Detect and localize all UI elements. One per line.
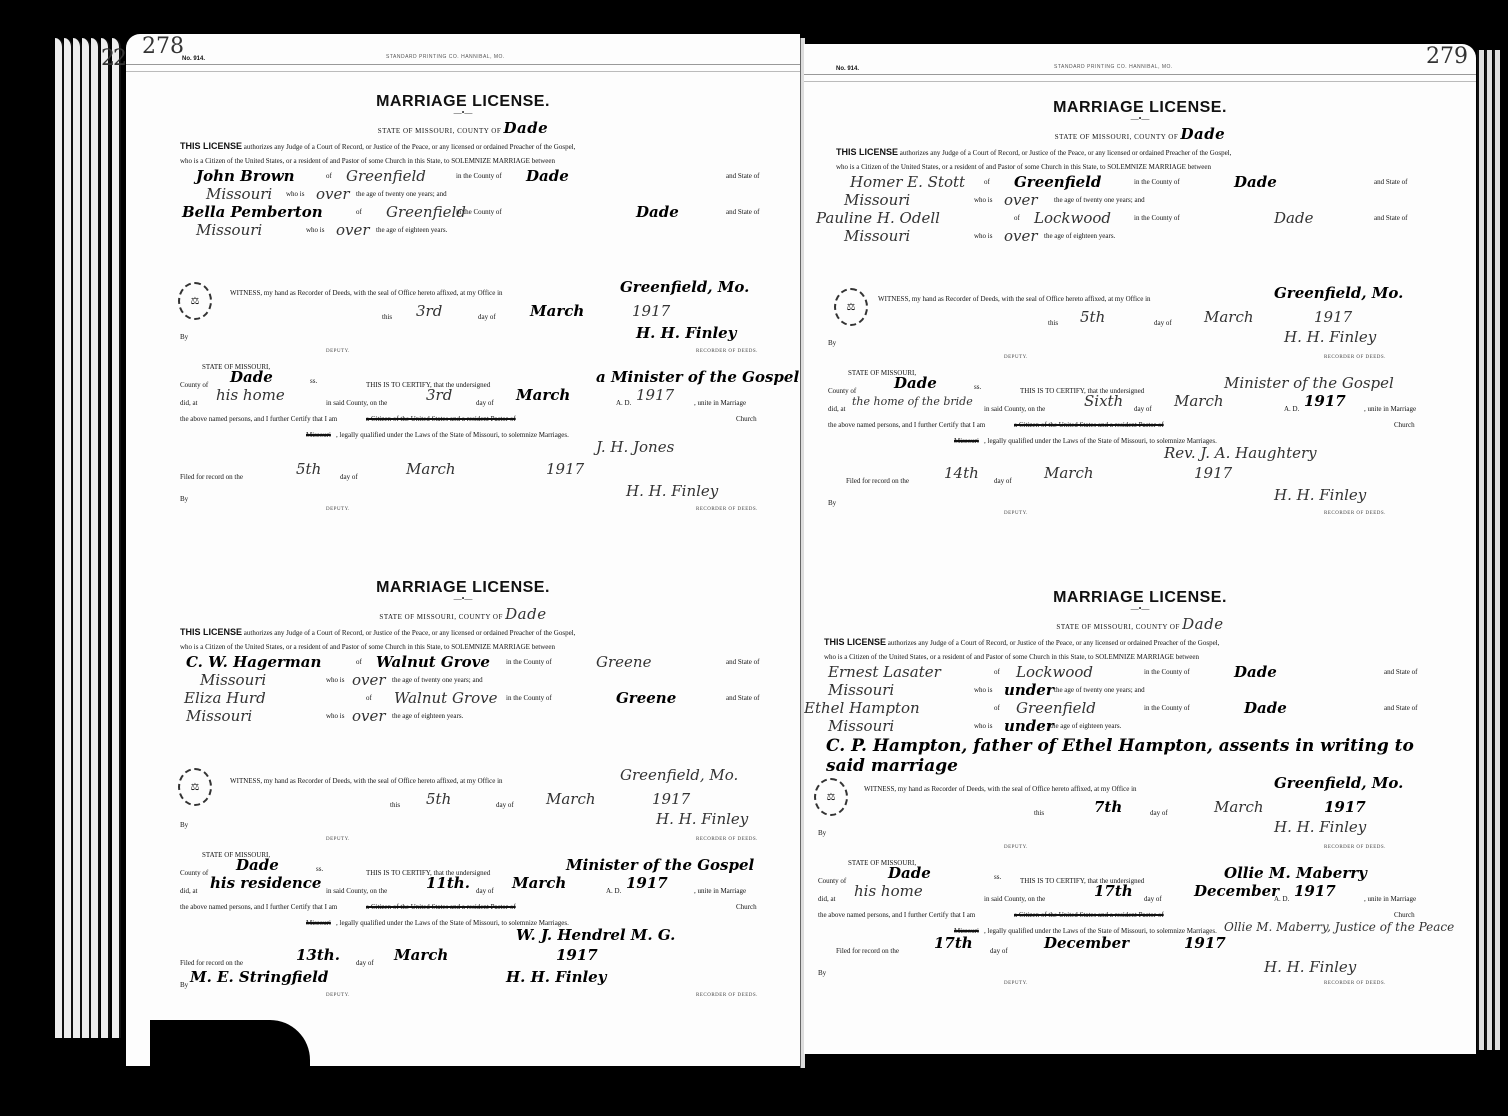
officiant-signature: Ollie M. Maberry, Justice of the Peace: [1224, 920, 1454, 935]
page-stack-left: 2 2: [55, 38, 125, 1038]
groom-state: Missouri: [828, 683, 894, 698]
marriage-license-record: MARRIAGE LICENSE. —•— STATE OF MISSOURI,…: [126, 94, 800, 512]
ceremony-day: 17th: [1094, 884, 1133, 899]
filed-day: 13th.: [296, 948, 340, 963]
filed-recorder-signature: H. H. Finley: [626, 484, 718, 499]
groom-county: Dade: [526, 169, 569, 184]
county-name: Dade: [1182, 615, 1223, 633]
bride-age-status: over: [336, 223, 370, 238]
certificate-block: STATE OF MISSOURI, County of Dade ss. TH…: [126, 844, 800, 928]
bride-residence: Walnut Grove: [394, 691, 498, 706]
witness-block: ⚖ WITNESS, my hand as Recorder of Deeds,…: [804, 780, 1476, 840]
bride-row: Ethel Hampton of Greenfield in the Count…: [804, 700, 1476, 718]
ceremony-place: his residence: [210, 876, 321, 891]
ceremony-day: 3rd: [426, 388, 452, 403]
witness-month: March: [1214, 800, 1264, 815]
filed-day: 5th: [296, 462, 321, 477]
ornament: —•—: [126, 109, 800, 117]
bride-row: Bella Pemberton of Greenfield in the Cou…: [126, 204, 800, 222]
filed-recorder-signature: H. H. Finley: [1274, 488, 1366, 503]
witness-year: 1917: [1324, 800, 1366, 815]
witness-day: 3rd: [416, 304, 442, 319]
officiant-title: Minister of the Gospel: [1224, 376, 1394, 391]
page-leaf: [64, 38, 73, 1038]
ceremony-year: 1917: [636, 388, 674, 403]
groom-county: Dade: [1234, 175, 1277, 190]
bride-county: Dade: [636, 205, 679, 220]
bride-county: Greene: [616, 691, 676, 706]
officiant-signature: Rev. J. A. Haughtery: [1164, 446, 1317, 461]
filed-block: Filed for record on the 14th day of Marc…: [804, 466, 1476, 506]
page-leaf: [112, 38, 121, 1038]
marriage-license-record: MARRIAGE LICENSE. —•— STATE OF MISSOURI,…: [804, 100, 1476, 516]
bride-age-status: over: [352, 709, 386, 724]
page-number: 279: [1426, 44, 1468, 69]
groom-name: Homer E. Stott: [850, 175, 965, 190]
bride-name: Bella Pemberton: [182, 205, 323, 220]
stack-page-number: 2: [113, 46, 127, 71]
bride-residence: Greenfield: [1016, 701, 1096, 716]
printer-imprint: STANDARD PRINTING CO. HANNIBAL, MO.: [386, 54, 505, 60]
groom-age-status: over: [1004, 193, 1038, 208]
page-leaf: [55, 38, 64, 1038]
witness-office: Greenfield, Mo.: [620, 768, 738, 783]
groom-residence: Greenfield: [1014, 175, 1101, 190]
parental-consent-note: C. P. Hampton, father of Ethel Hampton, …: [804, 736, 1476, 776]
groom-age-status: over: [316, 187, 350, 202]
groom-state: Missouri: [844, 193, 910, 208]
form-number: No. 914.: [836, 66, 859, 72]
witness-block: ⚖ WITNESS, my hand as Recorder of Deeds,…: [126, 772, 800, 832]
witness-month: March: [1204, 310, 1254, 325]
filed-block: Filed for record on the 13th. day of Mar…: [126, 948, 800, 988]
bride-name: Ethel Hampton: [804, 701, 920, 716]
bride-row: Eliza Hurd of Walnut Grove in the County…: [126, 690, 800, 708]
cert-county: Dade: [236, 858, 279, 873]
groom-state-row: Missouri who is over the age of twenty o…: [126, 672, 800, 690]
filed-year: 1917: [546, 462, 584, 477]
page-stack-right: [1477, 50, 1503, 1050]
groom-row: Ernest Lasater of Lockwood in the County…: [804, 664, 1476, 682]
witness-office: Greenfield, Mo.: [1274, 776, 1403, 791]
cert-county: Dade: [230, 370, 273, 385]
filed-year: 1917: [1184, 936, 1226, 951]
ornament: —•—: [804, 605, 1476, 613]
filed-month: December: [1044, 936, 1129, 951]
license-title: MARRIAGE LICENSE.: [126, 580, 800, 595]
ceremony-place: his home: [216, 388, 285, 403]
ornament: —•—: [126, 595, 800, 603]
ornament: —•—: [804, 115, 1476, 123]
witness-day: 5th: [1080, 310, 1105, 325]
license-title: MARRIAGE LICENSE.: [804, 590, 1476, 605]
groom-state-row: Missouri who is over the age of twenty o…: [804, 192, 1476, 210]
certificate-block: STATE OF MISSOURI, County of Dade ss. TH…: [804, 362, 1476, 446]
filed-year: 1917: [1194, 466, 1232, 481]
groom-row: C. W. Hagerman of Walnut Grove in the Co…: [126, 654, 800, 672]
ceremony-month: March: [516, 388, 570, 403]
left-page: 278 No. 914. STANDARD PRINTING CO. HANNI…: [126, 34, 800, 1066]
printer-imprint: STANDARD PRINTING CO. HANNIBAL, MO.: [1054, 64, 1173, 70]
page-leaf: [82, 38, 91, 1038]
bride-residence: Greenfield: [386, 205, 466, 220]
filed-recorder-signature: H. H. Finley: [506, 970, 606, 985]
groom-residence: Lockwood: [1016, 665, 1093, 680]
groom-state: Missouri: [206, 187, 272, 202]
bride-state-row: Missouri who is over the age of eighteen…: [126, 222, 800, 240]
ceremony-day: 11th.: [426, 876, 470, 891]
page-header: 278 No. 914. STANDARD PRINTING CO. HANNI…: [126, 34, 800, 65]
witness-office: Greenfield, Mo.: [620, 280, 749, 295]
license-body: THIS LICENSE authorizes any Judge of a C…: [126, 139, 800, 168]
page-leaf: [1493, 50, 1500, 1050]
bride-state-row: Missouri who is over the age of eighteen…: [804, 228, 1476, 246]
witness-block: ⚖ WITNESS, my hand as Recorder of Deeds,…: [126, 284, 800, 344]
license-body: THIS LICENSE authorizes any Judge of a C…: [126, 625, 800, 654]
ceremony-year: 1917: [1294, 884, 1336, 899]
ceremony-month: March: [1174, 394, 1224, 409]
groom-row: Homer E. Stott of Greenfield in the Coun…: [804, 174, 1476, 192]
county-seal-icon: ⚖: [178, 768, 212, 806]
page-leaf: [73, 38, 82, 1038]
recorder-signature: H. H. Finley: [656, 812, 748, 827]
groom-age-status: under: [1004, 683, 1054, 698]
groom-county: Greene: [596, 655, 651, 670]
deputy-signature: M. E. Stringfield: [190, 970, 328, 985]
license-title: MARRIAGE LICENSE.: [804, 100, 1476, 115]
license-body: THIS LICENSE authorizes any Judge of a C…: [804, 635, 1476, 664]
county-seal-icon: ⚖: [814, 778, 848, 816]
cert-county: Dade: [894, 376, 937, 391]
ceremony-month: December: [1194, 884, 1279, 899]
witness-year: 1917: [652, 792, 690, 807]
page-leaf: [91, 38, 100, 1038]
cert-county: Dade: [888, 866, 931, 881]
county-name: Dade: [505, 605, 546, 623]
bride-state: Missouri: [828, 719, 894, 734]
page-header: No. 914. STANDARD PRINTING CO. HANNIBAL,…: [804, 44, 1476, 75]
groom-county: Dade: [1234, 665, 1277, 680]
filed-day: 17th: [934, 936, 973, 951]
bride-state: Missouri: [196, 223, 262, 238]
witness-month: March: [546, 792, 596, 807]
witness-office: Greenfield, Mo.: [1274, 286, 1403, 301]
groom-residence: Greenfield: [346, 169, 426, 184]
bride-state-row: Missouri who is under the age of eightee…: [804, 718, 1476, 736]
right-page: No. 914. STANDARD PRINTING CO. HANNIBAL,…: [804, 44, 1476, 1054]
form-number: No. 914.: [182, 56, 205, 62]
bride-county: Dade: [1274, 211, 1313, 226]
bride-name: Eliza Hurd: [184, 691, 266, 706]
groom-name: Ernest Lasater: [828, 665, 941, 680]
filed-year: 1917: [556, 948, 598, 963]
ceremony-year: 1917: [1304, 394, 1346, 409]
bride-age-status: under: [1004, 719, 1054, 734]
officiant-signature: W. J. Hendrel M. G.: [516, 928, 675, 943]
officiant-title: Minister of the Gospel: [566, 858, 754, 873]
filed-month: March: [406, 462, 456, 477]
license-body: THIS LICENSE authorizes any Judge of a C…: [804, 145, 1476, 174]
county-seal-icon: ⚖: [178, 282, 212, 320]
certificate-block: STATE OF MISSOURI, County of Dade ss. TH…: [126, 356, 800, 440]
bride-state: Missouri: [186, 709, 252, 724]
officiant-signature: J. H. Jones: [596, 440, 674, 455]
ceremony-month: March: [512, 876, 566, 891]
recorder-signature: H. H. Finley: [1284, 330, 1376, 345]
witness-block: ⚖ WITNESS, my hand as Recorder of Deeds,…: [804, 290, 1476, 350]
county-name: Dade: [503, 119, 548, 137]
page-leaf: [1477, 50, 1484, 1050]
bride-residence: Lockwood: [1034, 211, 1111, 226]
groom-state-row: Missouri who is under the age of twenty …: [804, 682, 1476, 700]
witness-month: March: [530, 304, 584, 319]
bride-row: Pauline H. Odell of Lockwood in the Coun…: [804, 210, 1476, 228]
state-county-line: STATE OF MISSOURI, COUNTY OF Dade: [804, 127, 1476, 145]
witness-day: 7th: [1094, 800, 1122, 815]
bride-state: Missouri: [844, 229, 910, 244]
page-leaf: [1485, 50, 1492, 1050]
filed-day: 14th: [944, 466, 979, 481]
header-rule: [804, 81, 1476, 82]
thumb-shadow: [150, 1020, 310, 1116]
filed-block: Filed for record on the 17th day of Dece…: [804, 936, 1476, 976]
groom-state: Missouri: [200, 673, 266, 688]
witness-year: 1917: [1314, 310, 1352, 325]
page-leaf: [101, 38, 110, 1038]
county-name: Dade: [1180, 125, 1225, 143]
bride-county: Dade: [1244, 701, 1287, 716]
state-county-line: STATE OF MISSOURI, COUNTY OF Dade: [804, 617, 1476, 635]
recorder-signature: H. H. Finley: [636, 326, 736, 341]
witness-year: 1917: [632, 304, 670, 319]
county-seal-icon: ⚖: [834, 288, 868, 326]
officiant-title: Ollie M. Maberry: [1224, 866, 1367, 881]
state-county-line: STATE OF MISSOURI, COUNTY OF Dade: [126, 607, 800, 625]
ceremony-year: 1917: [626, 876, 668, 891]
header-rule: [126, 71, 800, 72]
groom-name: C. W. Hagerman: [186, 655, 321, 670]
filed-month: March: [394, 948, 448, 963]
bride-name: Pauline H. Odell: [816, 211, 940, 226]
bride-age-status: over: [1004, 229, 1038, 244]
groom-row: John Brown of Greenfield in the County o…: [126, 168, 800, 186]
state-county-line: STATE OF MISSOURI, COUNTY OF Dade: [126, 121, 800, 139]
filed-block: Filed for record on the 5th day of March…: [126, 462, 800, 502]
ceremony-day: Sixth: [1084, 394, 1123, 409]
marriage-license-record: MARRIAGE LICENSE. —•— STATE OF MISSOURI,…: [126, 580, 800, 998]
ceremony-place: his home: [854, 884, 923, 899]
groom-state-row: Missouri who is over the age of twenty o…: [126, 186, 800, 204]
page-number: 278: [142, 34, 184, 59]
license-title: MARRIAGE LICENSE.: [126, 94, 800, 109]
filed-recorder-signature: H. H. Finley: [1264, 960, 1356, 975]
officiant-title: a Minister of the Gospel: [596, 370, 799, 385]
groom-name: John Brown: [196, 169, 295, 184]
ceremony-place: the home of the bride: [852, 394, 973, 409]
bride-state-row: Missouri who is over the age of eighteen…: [126, 708, 800, 726]
witness-day: 5th: [426, 792, 451, 807]
groom-age-status: over: [352, 673, 386, 688]
marriage-license-record: MARRIAGE LICENSE. —•— STATE OF MISSOURI,…: [804, 590, 1476, 986]
groom-residence: Walnut Grove: [376, 655, 490, 670]
recorder-signature: H. H. Finley: [1274, 820, 1366, 835]
filed-month: March: [1044, 466, 1094, 481]
